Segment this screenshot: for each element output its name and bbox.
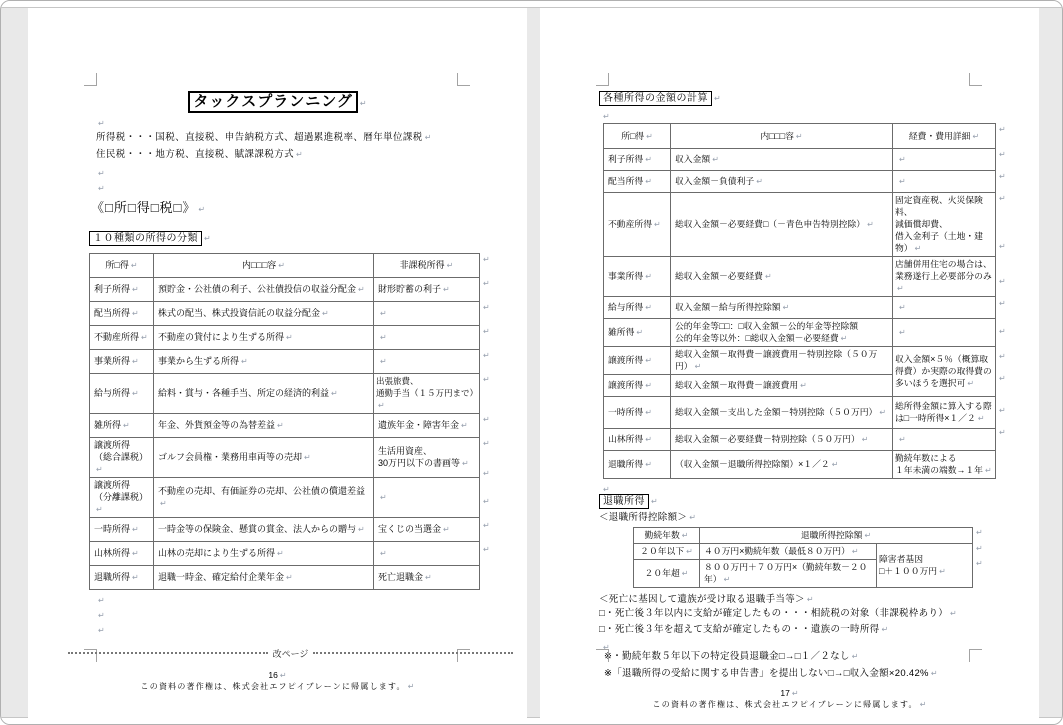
cell-exempt: ↵ bbox=[374, 302, 480, 326]
return-mark-icon: ↵ bbox=[204, 234, 211, 243]
income-tax-summary-line: 所得税・・・国税、直接税、申告納税方式、超過累進税率、暦年単位課税↵ bbox=[96, 129, 527, 146]
cell-exempt: ↵ bbox=[374, 350, 480, 374]
copyright-notice: この資料の著作権は、株式会社エフピイブレーンに帰属します。↵ bbox=[28, 681, 527, 692]
retirement-note-line: ※「退職所得の受給に関する申告書」を提出しない□→□収入金額×20.42%↵ bbox=[604, 666, 1039, 683]
return-mark-icon: ↵ bbox=[241, 357, 248, 366]
cell-exempt: ↵ bbox=[374, 542, 480, 566]
calc-section-title: 各種所得の金額の計算 bbox=[599, 91, 712, 106]
cell-income: 給与所得↵ bbox=[604, 297, 671, 319]
cell-note: ↵ bbox=[893, 319, 996, 347]
cell-note: ↵ bbox=[893, 297, 996, 319]
return-mark-icon: ↵ bbox=[976, 529, 983, 537]
return-mark-icon: ↵ bbox=[280, 671, 287, 680]
return-mark-icon: ↵ bbox=[879, 408, 886, 417]
cell-income: 退職所得↵ bbox=[90, 566, 154, 590]
return-mark-icon: ↵ bbox=[132, 285, 139, 294]
header-description: 内□□□容↵ bbox=[671, 124, 893, 149]
cell-income: 譲渡所得↵ bbox=[604, 375, 671, 397]
table-row: 配当所得↵株式の配当、株式投資信託の収益分配金↵↵ bbox=[90, 302, 480, 326]
return-mark-icon: ↵ bbox=[358, 525, 365, 534]
return-mark-icon: ↵ bbox=[897, 284, 904, 293]
return-mark-icon: ↵ bbox=[862, 435, 869, 444]
return-mark-icon: ↵ bbox=[999, 126, 1006, 134]
income-calculation-table-wrap: 所□得↵ 内□□□容↵ 経費・費用詳細↵ 利子所得↵収入金額↵↵ 配当所得↵収入… bbox=[603, 123, 996, 479]
return-mark-icon: ↵ bbox=[132, 389, 139, 398]
header-income-type: 所□得↵ bbox=[604, 124, 671, 149]
cell-income: 山林所得↵ bbox=[90, 542, 154, 566]
return-mark-icon: ↵ bbox=[483, 304, 490, 312]
cell-formula: 総収入金額－取得費－譲渡費用－特別控除（５０万円）↵ bbox=[671, 347, 893, 375]
return-mark-icon: ↵ bbox=[277, 549, 284, 558]
cell-formula: 総収入金額－必要経費－特別控除（５０万円）↵ bbox=[671, 429, 893, 451]
return-mark-icon: ↵ bbox=[999, 375, 1006, 383]
header-nontaxable: 非課税所得↵ bbox=[374, 254, 480, 278]
return-mark-icon: ↵ bbox=[645, 460, 652, 469]
cell-income: 事業所得↵ bbox=[90, 350, 154, 374]
return-mark-icon: ↵ bbox=[358, 285, 365, 294]
cell-income: 雑所得↵ bbox=[604, 319, 671, 347]
death-benefit-line: □・死亡後３年を超えて支給が確定したもの・・遺族の一時所得↵ bbox=[599, 622, 1039, 638]
document-title-line: タックスプランニング↵ bbox=[28, 91, 527, 113]
resident-tax-summary-line: 住民税・・・地方税、直接税、賦課課税方式↵ bbox=[96, 146, 527, 163]
return-mark-icon: ↵ bbox=[483, 522, 490, 530]
subheading-10-income-types: １０種類の所得の分類 bbox=[89, 231, 202, 246]
cell-years: ２０年以下↵ bbox=[634, 544, 700, 560]
page-break-dots bbox=[68, 652, 268, 654]
return-mark-icon: ↵ bbox=[645, 155, 652, 164]
return-mark-icon: ↵ bbox=[636, 328, 643, 337]
return-mark-icon: ↵ bbox=[899, 328, 906, 337]
return-mark-icon: ↵ bbox=[796, 132, 803, 141]
return-mark-icon: ↵ bbox=[881, 625, 888, 634]
return-mark-icon: ↵ bbox=[756, 177, 763, 186]
return-mark-icon: ↵ bbox=[425, 573, 432, 582]
return-mark-icon: ↵ bbox=[852, 652, 859, 661]
page-break-dots bbox=[313, 652, 513, 654]
table-row: 山林所得↵総収入金額－必要経費－特別控除（５０万円）↵↵ bbox=[604, 429, 996, 451]
table-row: 給与所得↵収入金額－給与所得控除額↵↵ bbox=[604, 297, 996, 319]
return-mark-icon: ↵ bbox=[645, 177, 652, 186]
return-mark-icon: ↵ bbox=[999, 278, 1006, 286]
return-mark-icon: ↵ bbox=[852, 547, 859, 556]
return-mark-icon: ↵ bbox=[277, 421, 284, 430]
cell-income: 給与所得↵ bbox=[90, 374, 154, 414]
return-mark-icon: ↵ bbox=[645, 381, 652, 390]
return-mark-icon: ↵ bbox=[645, 408, 652, 417]
return-mark-icon: ↵ bbox=[939, 567, 946, 576]
cell-income: 一時所得↵ bbox=[604, 397, 671, 429]
table-row: 雑所得↵公的年金等□□：□収入金額－公的年金等控除額 公的年金等以外：□総収入金… bbox=[604, 319, 996, 347]
page-break-label: 改ページ bbox=[273, 647, 309, 660]
return-mark-icon: ↵ bbox=[645, 272, 652, 281]
table-row: 山林所得↵山林の売却により生ずる所得↵↵ bbox=[90, 542, 480, 566]
cell-desc: 不動産の売却、有価証券の売却、公社債の償還差益↵ bbox=[154, 478, 374, 518]
return-mark-icon: ↵ bbox=[967, 379, 974, 388]
table-row: 退職所得↵退職一時金、確定給付企業年金↵死亡退職金↵ bbox=[90, 566, 480, 590]
cell-disability-note: 障害者基因 □＋１００万円↵ bbox=[877, 544, 973, 588]
page-17[interactable]: 各種所得の金額の計算↵ ↵ 所□得↵ 内□□□容↵ 経費・費用詳細↵ 利子所得↵… bbox=[540, 8, 1039, 718]
return-mark-icon: ↵ bbox=[98, 119, 105, 128]
return-mark-icon: ↵ bbox=[765, 272, 772, 281]
return-mark-icon: ↵ bbox=[915, 244, 922, 253]
return-mark-icon: ↵ bbox=[286, 573, 293, 582]
return-mark-icon: ↵ bbox=[999, 328, 1006, 336]
return-mark-icon: ↵ bbox=[686, 547, 693, 556]
return-mark-icon: ↵ bbox=[286, 333, 293, 342]
return-mark-icon: ↵ bbox=[132, 573, 139, 582]
return-mark-icon: ↵ bbox=[899, 177, 906, 186]
copyright-notice: この資料の著作権は、株式会社エフピイブレーンに帰属します。↵ bbox=[540, 699, 1039, 710]
return-mark-icon: ↵ bbox=[999, 429, 1006, 437]
retirement-deduction-table-wrap: 勤続年数↵ 退職所得控除額↵ ２０年以下↵ ４０万円×勤続年数（最低８０万円）↵… bbox=[633, 527, 973, 588]
return-mark-icon: ↵ bbox=[132, 309, 139, 318]
empty-line: ↵ bbox=[28, 163, 527, 178]
table-row: 事業所得↵総収入金額－必要経費↵店舗併用住宅の場合は、 業務遂行上必要部分のみ↵ bbox=[604, 257, 996, 297]
return-mark-icon: ↵ bbox=[603, 485, 610, 494]
cell-exempt: 生活用資産、 30万円以下の書画等↵ bbox=[374, 438, 480, 478]
income-classification-table: 所□得↵ 内□□□容↵ 非課税所得↵ 利子所得↵預貯金・公社債の利子、公社債投信… bbox=[89, 253, 480, 590]
table-row: 譲渡所得 （分離課税）↵不動産の売却、有価証券の売却、公社債の償還差益↵↵ bbox=[90, 478, 480, 518]
return-mark-icon: ↵ bbox=[483, 376, 490, 384]
return-mark-icon: ↵ bbox=[380, 309, 387, 318]
return-mark-icon: ↵ bbox=[123, 421, 130, 430]
header-description: 内□□□容↵ bbox=[154, 254, 374, 278]
cell-exempt: 死亡退職金↵ bbox=[374, 566, 480, 590]
return-mark-icon: ↵ bbox=[999, 300, 1006, 308]
return-mark-icon: ↵ bbox=[483, 416, 490, 424]
text-boundary-mark bbox=[457, 73, 470, 86]
return-mark-icon: ↵ bbox=[864, 531, 871, 540]
return-mark-icon: ↵ bbox=[462, 459, 469, 468]
return-mark-icon: ↵ bbox=[682, 531, 689, 540]
return-mark-icon: ↵ bbox=[603, 643, 610, 652]
page-break-indicator: 改ページ bbox=[68, 647, 513, 660]
cell-note: ↵ bbox=[893, 429, 996, 451]
return-mark-icon: ↵ bbox=[443, 285, 450, 294]
return-mark-icon: ↵ bbox=[483, 498, 490, 506]
return-mark-icon: ↵ bbox=[98, 626, 105, 635]
table-row: ２０年以下↵ ４０万円×勤続年数（最低８０万円）↵ 障害者基因 □＋１００万円↵ bbox=[634, 544, 973, 560]
return-mark-icon: ↵ bbox=[380, 357, 387, 366]
cell-desc: 年金、外貨預金等の為替差益↵ bbox=[154, 414, 374, 438]
table-row: 利子所得↵収入金額↵↵ bbox=[604, 149, 996, 171]
table-row: 配当所得↵収入金額－負債利子↵↵ bbox=[604, 171, 996, 193]
cell-exempt: 遺族年金・障害年金↵ bbox=[374, 414, 480, 438]
return-mark-icon: ↵ bbox=[682, 569, 689, 578]
return-mark-icon: ↵ bbox=[447, 261, 454, 270]
return-mark-icon: ↵ bbox=[999, 195, 1006, 203]
cell-desc: 事業から生ずる所得↵ bbox=[154, 350, 374, 374]
return-mark-icon: ↵ bbox=[96, 465, 103, 474]
return-mark-icon: ↵ bbox=[807, 595, 814, 604]
cell-note-merged: 収入金額×５％（概算取得費）か実際の取得費の多いほうを選択可↵ bbox=[893, 347, 996, 397]
return-mark-icon: ↵ bbox=[695, 362, 702, 371]
return-mark-icon: ↵ bbox=[714, 94, 721, 103]
cell-formula: 収入金額－負債利子↵ bbox=[671, 171, 893, 193]
return-mark-icon: ↵ bbox=[132, 525, 139, 534]
page-number: 17↵ bbox=[540, 688, 1039, 699]
text-boundary-mark bbox=[596, 73, 609, 86]
retirement-income-heading: 退職所得 bbox=[599, 494, 649, 509]
cell-income: 山林所得↵ bbox=[604, 429, 671, 451]
cell-formula: 総収入金額－取得費－譲渡費用↵ bbox=[671, 375, 893, 397]
cell-note: 店舗併用住宅の場合は、 業務遂行上必要部分のみ↵ bbox=[893, 257, 996, 297]
return-mark-icon: ↵ bbox=[461, 421, 468, 430]
table-row: 譲渡所得↵総収入金額－取得費－譲渡費用－特別控除（５０万円）↵収入金額×５％（概… bbox=[604, 347, 996, 375]
return-mark-icon: ↵ bbox=[131, 261, 138, 270]
previous-page-edge bbox=[1, 1, 1062, 8]
return-mark-icon: ↵ bbox=[132, 357, 139, 366]
cell-desc: 山林の売却により生ずる所得↵ bbox=[154, 542, 374, 566]
return-mark-icon: ↵ bbox=[976, 560, 983, 568]
cell-exempt: 財形貯蓄の利子↵ bbox=[374, 278, 480, 302]
return-mark-icon: ↵ bbox=[976, 545, 983, 553]
cell-years: ２０年超↵ bbox=[634, 560, 700, 588]
return-mark-icon: ↵ bbox=[443, 525, 450, 534]
return-mark-icon: ↵ bbox=[278, 261, 285, 270]
table-header-row: 勤続年数↵ 退職所得控除額↵ bbox=[634, 528, 973, 544]
header-expense-detail: 経費・費用詳細↵ bbox=[893, 124, 996, 149]
return-mark-icon: ↵ bbox=[645, 303, 652, 312]
header-service-years: 勤続年数↵ bbox=[634, 528, 700, 544]
cell-income: 退職所得↵ bbox=[604, 451, 671, 479]
table-row: 給与所得↵給料・賞与・各種手当、所定の経済的利益↵出張旅費、 通勤手当（１５万円… bbox=[90, 374, 480, 414]
return-mark-icon: ↵ bbox=[950, 609, 957, 618]
cell-exempt: ↵ bbox=[374, 478, 480, 518]
empty-line: ↵ bbox=[540, 106, 1039, 118]
cell-note: 固定資産税、火災保険料、 減価償却費、 借入金利子（土地・建物）↵ bbox=[893, 193, 996, 257]
cell-income: 事業所得↵ bbox=[604, 257, 671, 297]
return-mark-icon: ↵ bbox=[425, 133, 432, 142]
return-mark-icon: ↵ bbox=[380, 333, 387, 342]
cell-income: 不動産所得↵ bbox=[604, 193, 671, 257]
cell-desc: 給料・賞与・各種手当、所定の経済的利益↵ bbox=[154, 374, 374, 414]
death-benefit-heading: ＜死亡に基因して遺族が受け取る退職手当等＞↵ bbox=[599, 593, 1039, 606]
return-mark-icon: ↵ bbox=[867, 220, 874, 229]
return-mark-icon: ↵ bbox=[380, 549, 387, 558]
income-calculation-table: 所□得↵ 内□□□容↵ 経費・費用詳細↵ 利子所得↵収入金額↵↵ 配当所得↵収入… bbox=[603, 123, 996, 479]
return-mark-icon: ↵ bbox=[999, 151, 1006, 159]
return-mark-icon: ↵ bbox=[483, 440, 490, 448]
header-deduction-amount: 退職所得控除額↵ bbox=[700, 528, 973, 544]
page-16[interactable]: タックスプランニング↵ ↵ 所得税・・・国税、直接税、申告納税方式、超過累進税率… bbox=[28, 8, 527, 718]
text-boundary-mark bbox=[969, 649, 982, 662]
return-mark-icon: ↵ bbox=[160, 499, 167, 508]
table-row: 一時所得↵総収入金額－支出した金額－特別控除（５０万円）↵総所得金額に算入する際… bbox=[604, 397, 996, 429]
return-mark-icon: ↵ bbox=[999, 353, 1006, 361]
table-row: 不動産所得↵不動産の貸付により生ずる所得↵↵ bbox=[90, 326, 480, 350]
return-mark-icon: ↵ bbox=[712, 155, 719, 164]
empty-line: ↵ bbox=[540, 637, 1039, 649]
cell-income: 配当所得↵ bbox=[90, 302, 154, 326]
cell-income: 雑所得↵ bbox=[90, 414, 154, 438]
table-header-row: 所□得↵ 内□□□容↵ 経費・費用詳細↵ bbox=[604, 124, 996, 149]
cell-formula: 収入金額↵ bbox=[671, 149, 893, 171]
section-heading-income-tax: 《□所□得□税□》↵ bbox=[91, 199, 527, 219]
cell-note: 勤続年数による １年未満の端数→１年↵ bbox=[893, 451, 996, 479]
return-mark-icon: ↵ bbox=[689, 513, 696, 522]
table-row: 退職所得↵（収入金額－退職所得控除額）×１／２↵勤続年数による １年未満の端数→… bbox=[604, 451, 996, 479]
cell-desc: 預貯金・公社債の利子、公社債投信の収益分配金↵ bbox=[154, 278, 374, 302]
cell-desc: 退職一時金、確定給付企業年金↵ bbox=[154, 566, 374, 590]
return-mark-icon: ↵ bbox=[378, 401, 385, 410]
cell-exempt: ↵ bbox=[374, 326, 480, 350]
subheading-line: １０種類の所得の分類↵ bbox=[89, 228, 527, 246]
return-mark-icon: ↵ bbox=[841, 334, 848, 343]
cell-formula: 総収入金額－必要経費↵ bbox=[671, 257, 893, 297]
cell-formula: ８００万円＋７０万円×（勤続年数－２０年）↵ bbox=[700, 560, 877, 588]
return-mark-icon: ↵ bbox=[978, 414, 985, 423]
return-mark-icon: ↵ bbox=[408, 682, 415, 691]
page-number: 16↵ bbox=[28, 670, 527, 681]
empty-line: ↵ bbox=[28, 178, 527, 193]
return-mark-icon: ↵ bbox=[792, 689, 799, 698]
return-mark-icon: ↵ bbox=[483, 352, 490, 360]
cell-income: 譲渡所得 （分離課税）↵ bbox=[90, 478, 154, 518]
return-mark-icon: ↵ bbox=[832, 460, 839, 469]
cell-formula: （収入金額－退職所得控除額）×１／２↵ bbox=[671, 451, 893, 479]
return-mark-icon: ↵ bbox=[999, 243, 1006, 251]
return-mark-icon: ↵ bbox=[141, 333, 148, 342]
cell-income: 利子所得↵ bbox=[90, 278, 154, 302]
income-classification-table-wrap: 所□得↵ 内□□□容↵ 非課税所得↵ 利子所得↵預貯金・公社債の利子、公社債投信… bbox=[89, 253, 480, 590]
empty-line: ↵ bbox=[28, 113, 527, 129]
return-mark-icon: ↵ bbox=[651, 497, 658, 506]
cell-note: 総所得金額に算入する際は□一時所得×１／２↵ bbox=[893, 397, 996, 429]
cell-desc: 株式の配当、株式投資信託の収益分配金↵ bbox=[154, 302, 374, 326]
table-row: 事業所得↵事業から生ずる所得↵↵ bbox=[90, 350, 480, 374]
return-mark-icon: ↵ bbox=[98, 611, 105, 620]
cell-desc: 一時金等の保険金、懸賞の賞金、法人からの贈与↵ bbox=[154, 518, 374, 542]
return-mark-icon: ↵ bbox=[360, 99, 367, 108]
return-mark-icon: ↵ bbox=[483, 470, 490, 478]
return-mark-icon: ↵ bbox=[985, 466, 992, 475]
return-mark-icon: ↵ bbox=[132, 549, 139, 558]
cell-formula: ４０万円×勤続年数（最低８０万円）↵ bbox=[700, 544, 877, 560]
empty-line: ↵ bbox=[540, 479, 1039, 491]
return-mark-icon: ↵ bbox=[999, 407, 1006, 415]
cell-income: 配当所得↵ bbox=[604, 171, 671, 193]
return-mark-icon: ↵ bbox=[98, 184, 105, 193]
return-mark-icon: ↵ bbox=[972, 132, 979, 141]
return-mark-icon: ↵ bbox=[98, 169, 105, 178]
return-mark-icon: ↵ bbox=[483, 546, 490, 554]
death-benefit-line: □・死亡後３年以内に支給が確定したもの・・・相続税の対象（非課税枠あり）↵ bbox=[599, 606, 1039, 622]
return-mark-icon: ↵ bbox=[483, 280, 490, 288]
cell-income: 譲渡所得↵ bbox=[604, 347, 671, 375]
empty-line: ↵ bbox=[28, 620, 527, 635]
retirement-deduction-table: 勤続年数↵ 退職所得控除額↵ ２０年以下↵ ４０万円×勤続年数（最低８０万円）↵… bbox=[633, 527, 973, 588]
return-mark-icon: ↵ bbox=[931, 669, 938, 678]
return-mark-icon: ↵ bbox=[603, 112, 610, 121]
return-mark-icon: ↵ bbox=[783, 303, 790, 312]
header-income-type: 所□得↵ bbox=[90, 254, 154, 278]
return-mark-icon: ↵ bbox=[920, 700, 927, 709]
return-mark-icon: ↵ bbox=[98, 596, 105, 605]
return-mark-icon: ↵ bbox=[646, 132, 653, 141]
return-mark-icon: ↵ bbox=[96, 505, 103, 514]
return-mark-icon: ↵ bbox=[724, 575, 731, 584]
cell-note: ↵ bbox=[893, 171, 996, 193]
return-mark-icon: ↵ bbox=[198, 205, 205, 214]
return-mark-icon: ↵ bbox=[999, 173, 1006, 181]
cell-formula: 収入金額－給与所得控除額↵ bbox=[671, 297, 893, 319]
cell-exempt: 出張旅費、 通勤手当（１５万円まで）↵ bbox=[374, 374, 480, 414]
cell-exempt: 宝くじの当選金↵ bbox=[374, 518, 480, 542]
return-mark-icon: ↵ bbox=[645, 356, 652, 365]
table-header-row: 所□得↵ 内□□□容↵ 非課税所得↵ bbox=[90, 254, 480, 278]
table-row: 一時所得↵一時金等の保険金、懸賞の賞金、法人からの贈与↵宝くじの当選金↵ bbox=[90, 518, 480, 542]
return-mark-icon: ↵ bbox=[331, 389, 338, 398]
return-mark-icon: ↵ bbox=[304, 453, 311, 462]
cell-note: ↵ bbox=[893, 149, 996, 171]
document-canvas: タックスプランニング↵ ↵ 所得税・・・国税、直接税、申告納税方式、超過累進税率… bbox=[0, 0, 1063, 725]
return-mark-icon: ↵ bbox=[645, 435, 652, 444]
retirement-heading-line: 退職所得↵ bbox=[599, 491, 1039, 509]
return-mark-icon: ↵ bbox=[483, 256, 490, 264]
return-mark-icon: ↵ bbox=[899, 303, 906, 312]
calc-title-line: 各種所得の金額の計算↵ bbox=[599, 88, 1039, 106]
return-mark-icon: ↵ bbox=[899, 155, 906, 164]
table-row: 譲渡所得 （総合課税）↵ゴルフ会員権・業務用車両等の売却↵生活用資産、 30万円… bbox=[90, 438, 480, 478]
return-mark-icon: ↵ bbox=[296, 150, 303, 159]
table-row: 利子所得↵預貯金・公社債の利子、公社債投信の収益分配金↵財形貯蓄の利子↵ bbox=[90, 278, 480, 302]
next-page-edge bbox=[1, 717, 1062, 724]
table-row: 雑所得↵年金、外貨預金等の為替差益↵遺族年金・障害年金↵ bbox=[90, 414, 480, 438]
table-row: 不動産所得↵総収入金額－必要経費□（－青色申告特別控除）↵固定資産税、火災保険料… bbox=[604, 193, 996, 257]
cell-income: 不動産所得↵ bbox=[90, 326, 154, 350]
text-boundary-mark bbox=[969, 73, 982, 86]
return-mark-icon: ↵ bbox=[654, 220, 661, 229]
return-mark-icon: ↵ bbox=[800, 381, 807, 390]
cell-income: 利子所得↵ bbox=[604, 149, 671, 171]
cell-desc: ゴルフ会員権・業務用車両等の売却↵ bbox=[154, 438, 374, 478]
empty-line: ↵ bbox=[28, 605, 527, 620]
cell-income: 一時所得↵ bbox=[90, 518, 154, 542]
empty-line: ↵ bbox=[28, 590, 527, 605]
cell-formula: 公的年金等□□：□収入金額－公的年金等控除額 公的年金等以外：□総収入金額－必要… bbox=[671, 319, 893, 347]
cell-desc: 不動産の貸付により生ずる所得↵ bbox=[154, 326, 374, 350]
return-mark-icon: ↵ bbox=[322, 309, 329, 318]
return-mark-icon: ↵ bbox=[899, 435, 906, 444]
cell-formula: 総収入金額－必要経費□（－青色申告特別控除）↵ bbox=[671, 193, 893, 257]
text-boundary-mark bbox=[84, 73, 97, 86]
return-mark-icon: ↵ bbox=[380, 493, 387, 502]
retirement-deduction-subheading: ＜退職所得控除額＞↵ bbox=[599, 512, 1039, 524]
document-title: タックスプランニング bbox=[188, 91, 358, 113]
cell-formula: 総収入金額－支出した金額－特別控除（５０万円）↵ bbox=[671, 397, 893, 429]
return-mark-icon: ↵ bbox=[483, 328, 490, 336]
cell-income: 譲渡所得 （総合課税）↵ bbox=[90, 438, 154, 478]
